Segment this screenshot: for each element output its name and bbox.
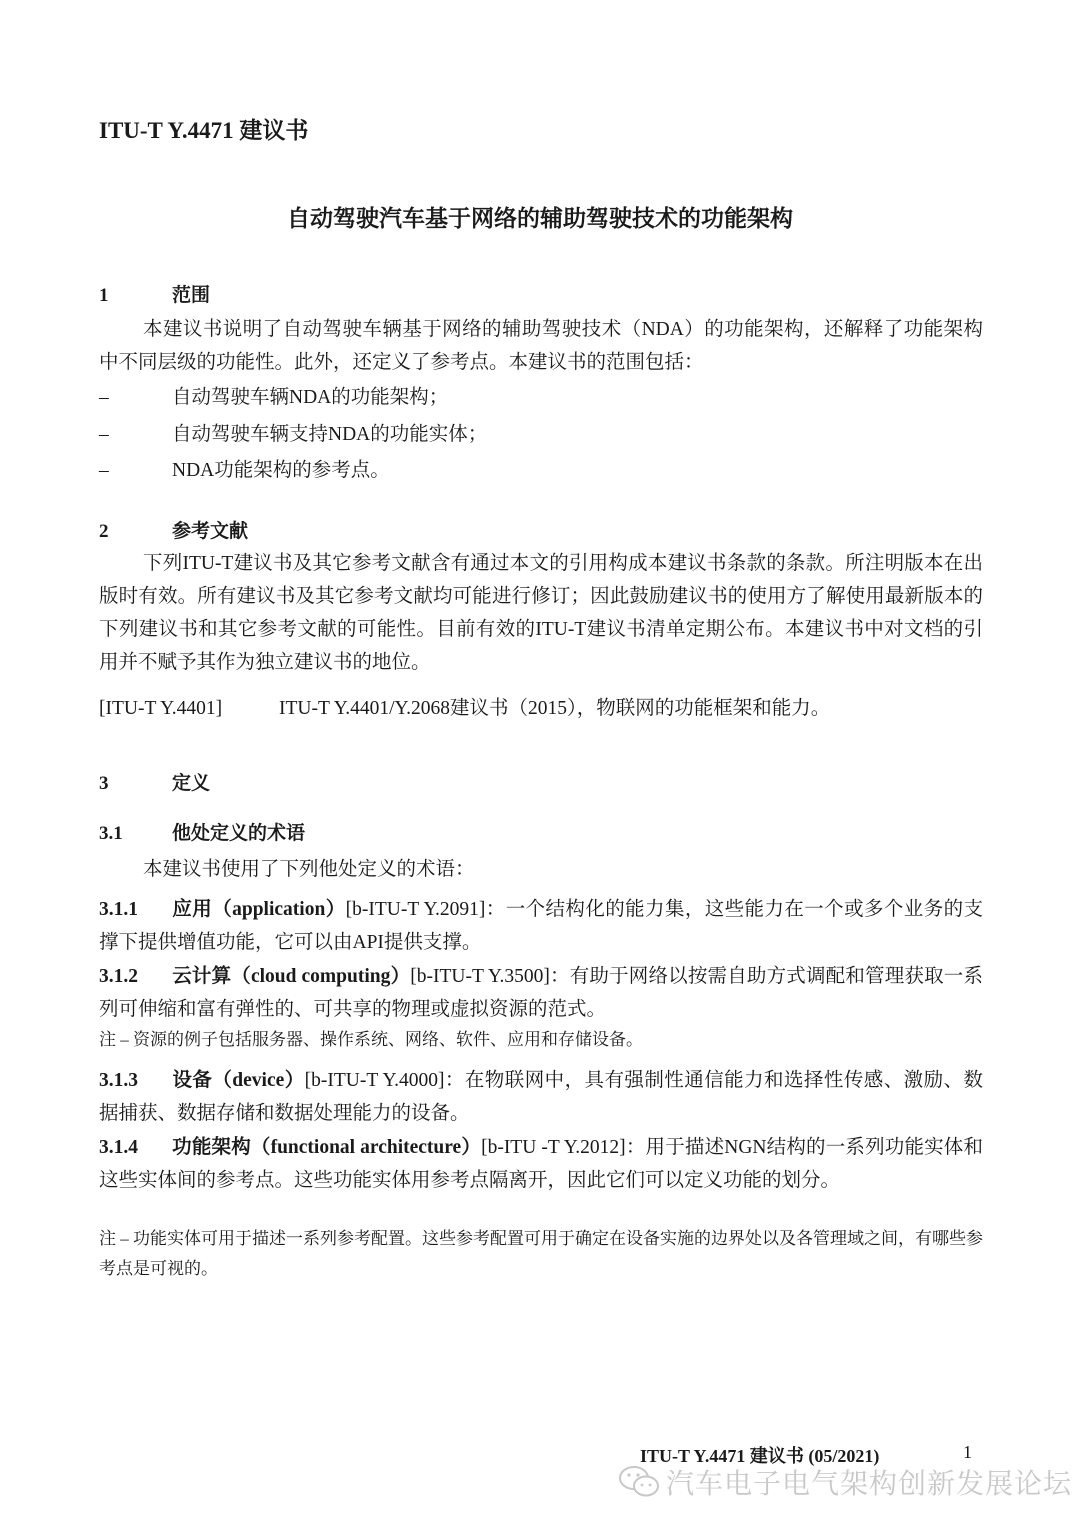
section-number: 1	[99, 285, 172, 307]
note-3-1-2: 注 – 资源的例子包括服务器、操作系统、网络、软件、应用和存储设备。	[99, 1025, 983, 1055]
section-title: 他处定义的术语	[172, 823, 305, 844]
definition-3-1-1: 3.1.1应用（application）[b-ITU-T Y.2091]：一个结…	[99, 893, 983, 959]
definition-number: 3.1.3	[99, 1064, 172, 1097]
section-number: 3.1	[99, 823, 172, 845]
section-3-1-intro: 本建议书使用了下列他处定义的术语：	[99, 853, 983, 886]
document-title: 自动驾驶汽车基于网络的辅助驾驶技术的功能架构	[0, 200, 1080, 233]
definition-term: 应用（application）	[172, 899, 346, 920]
page-number: 1	[963, 1442, 972, 1463]
wechat-icon	[618, 1464, 662, 1507]
reference-entry: [ITU-T Y.4401]ITU-T Y.4401/Y.2068建议书（201…	[99, 692, 830, 720]
document-id: ITU-T Y.4471 建议书	[99, 112, 308, 145]
section-3-1-heading: 3.1他处定义的术语	[99, 818, 305, 845]
watermark: 汽车电子电气架构创新发展论坛	[618, 1462, 1072, 1507]
reference-key: [ITU-T Y.4401]	[99, 698, 279, 720]
section-2-heading: 2参考文献	[99, 516, 248, 543]
section-2-paragraph: 下列ITU-T建议书及其它参考文献含有通过本文的引用构成本建议书条款的条款。所注…	[99, 547, 983, 679]
definition-term: 功能架构（functional architecture）	[172, 1137, 481, 1158]
bullet-item: –自动驾驶车辆NDA的功能架构；	[99, 381, 448, 409]
section-number: 2	[99, 521, 172, 543]
definition-3-1-3: 3.1.3设备（device）[b-ITU-T Y.4000]：在物联网中，具有…	[99, 1064, 983, 1130]
definition-number: 3.1.1	[99, 893, 172, 926]
section-title: 参考文献	[172, 521, 248, 542]
section-1-heading: 1范围	[99, 280, 210, 307]
definition-number: 3.1.4	[99, 1131, 172, 1164]
definition-number: 3.1.2	[99, 960, 172, 993]
section-title: 定义	[172, 773, 210, 794]
bullet-text: 自动驾驶车辆NDA的功能架构；	[172, 387, 448, 408]
watermark-text: 汽车电子电气架构创新发展论坛	[666, 1467, 1072, 1500]
dash-marker: –	[99, 460, 172, 482]
reference-text: ITU-T Y.4401/Y.2068建议书（2015），物联网的功能框架和能力…	[279, 698, 830, 719]
bullet-text: NDA功能架构的参考点。	[172, 460, 390, 481]
bullet-item: –NDA功能架构的参考点。	[99, 454, 390, 482]
section-3-heading: 3定义	[99, 768, 210, 795]
definition-3-1-4: 3.1.4功能架构（functional architecture）[b-ITU…	[99, 1131, 983, 1197]
dash-marker: –	[99, 387, 172, 409]
section-1-paragraph: 本建议书说明了自动驾驶车辆基于网络的辅助驾驶技术（NDA）的功能架构，还解释了功…	[99, 313, 983, 379]
section-number: 3	[99, 773, 172, 795]
section-title: 范围	[172, 285, 210, 306]
dash-marker: –	[99, 424, 172, 446]
definition-3-1-2: 3.1.2云计算（cloud computing）[b-ITU-T Y.3500…	[99, 960, 983, 1026]
bullet-text: 自动驾驶车辆支持NDA的功能实体；	[172, 424, 487, 445]
definition-term: 设备（device）	[172, 1070, 305, 1091]
bullet-item: –自动驾驶车辆支持NDA的功能实体；	[99, 418, 487, 446]
note-3-1-4: 注 – 功能实体可用于描述一系列参考配置。这些参考配置可用于确定在设备实施的边界…	[99, 1224, 983, 1284]
definition-term: 云计算（cloud computing）	[172, 966, 410, 987]
